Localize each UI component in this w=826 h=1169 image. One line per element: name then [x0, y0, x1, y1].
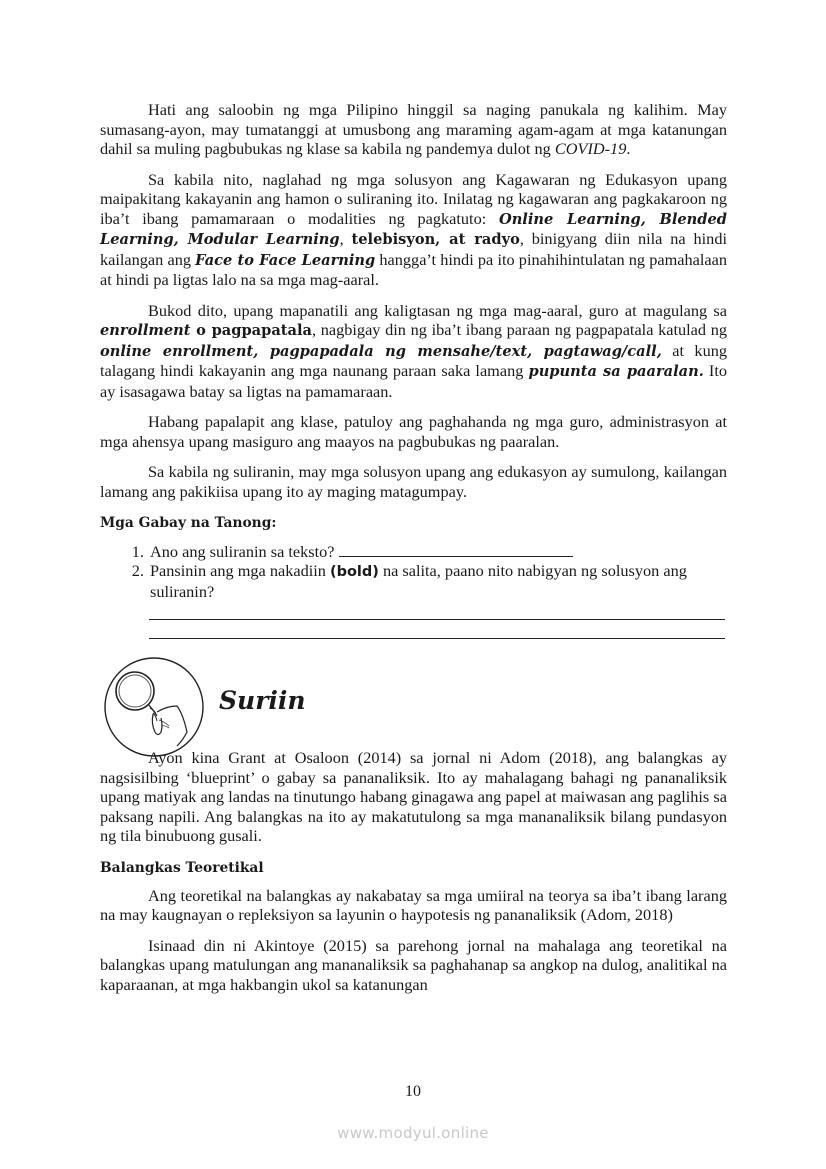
paragraph-text: Bukod dito, upang mapanatili ang kaligta…: [148, 301, 727, 320]
balangkas-teoretikal-heading: Balangkas Teoretikal: [100, 860, 727, 876]
face-to-face-term: Face to Face Learning: [195, 252, 375, 269]
pagpapatala-term: o pagpapatala: [190, 322, 312, 339]
question-2: Pansinin ang mga nakadiin (bold) na sali…: [148, 561, 727, 601]
paragraph-text: ,: [340, 229, 352, 248]
enrollment-methods-term: online enrollment, pagpapadala ng mensah…: [100, 343, 662, 360]
answer-blank-1[interactable]: [339, 541, 573, 557]
paragraph-3: Bukod dito, upang mapanatili ang kaligta…: [100, 301, 727, 402]
magnifying-glass-icon: [103, 656, 205, 758]
paragraph-end: .: [626, 139, 630, 158]
suriin-paragraph-3: Isinaad din ni Akintoye (2015) sa pareho…: [100, 936, 727, 995]
paragraph-text: , nagbigay din ng iba’t ibang paraan ng …: [312, 320, 727, 339]
guide-questions-heading: Mga Gabay na Tanong:: [100, 515, 727, 531]
answer-line-2b[interactable]: [149, 620, 725, 639]
enrollment-term: enrollment: [100, 322, 190, 339]
bold-term: (bold): [330, 564, 379, 580]
question-text: Pansinin ang mga nakadiin: [150, 561, 330, 580]
watermark: www.modyul.online: [0, 1124, 826, 1142]
paragraph-5: Sa kabila ng suliranin, may mga solusyon…: [100, 462, 727, 501]
question-text: Ano ang suliranin sa teksto?: [150, 542, 339, 561]
covid-term: COVID-19: [555, 139, 626, 158]
suriin-paragraph-1: Ayon kina Grant at Osaloon (2014) sa jor…: [100, 748, 727, 846]
guide-questions-list: Ano ang suliranin sa teksto? Pansinin an…: [100, 541, 727, 601]
paragraph-2: Sa kabila nito, naglahad ng mga solusyon…: [100, 170, 727, 290]
suriin-section-header: Suriin: [100, 656, 727, 756]
paragraph-1: Hati ang saloobin ng mga Pilipino hinggi…: [100, 100, 727, 159]
paragraph-text: Hati ang saloobin ng mga Pilipino hinggi…: [100, 100, 727, 158]
suriin-paragraph-2: Ang teoretikal na balangkas ay nakabatay…: [100, 886, 727, 925]
question-1: Ano ang suliranin sa teksto?: [148, 541, 727, 561]
suriin-title: Suriin: [219, 686, 306, 715]
school-visit-term: pupunta sa paaralan.: [528, 363, 703, 380]
paragraph-4: Habang papalapit ang klase, patuloy ang …: [100, 412, 727, 451]
media-term: telebisyon, at radyo: [352, 231, 520, 248]
answer-line-2a[interactable]: [149, 601, 725, 620]
document-page: Hati ang saloobin ng mga Pilipino hinggi…: [100, 100, 727, 1005]
page-number: 10: [0, 1083, 826, 1101]
